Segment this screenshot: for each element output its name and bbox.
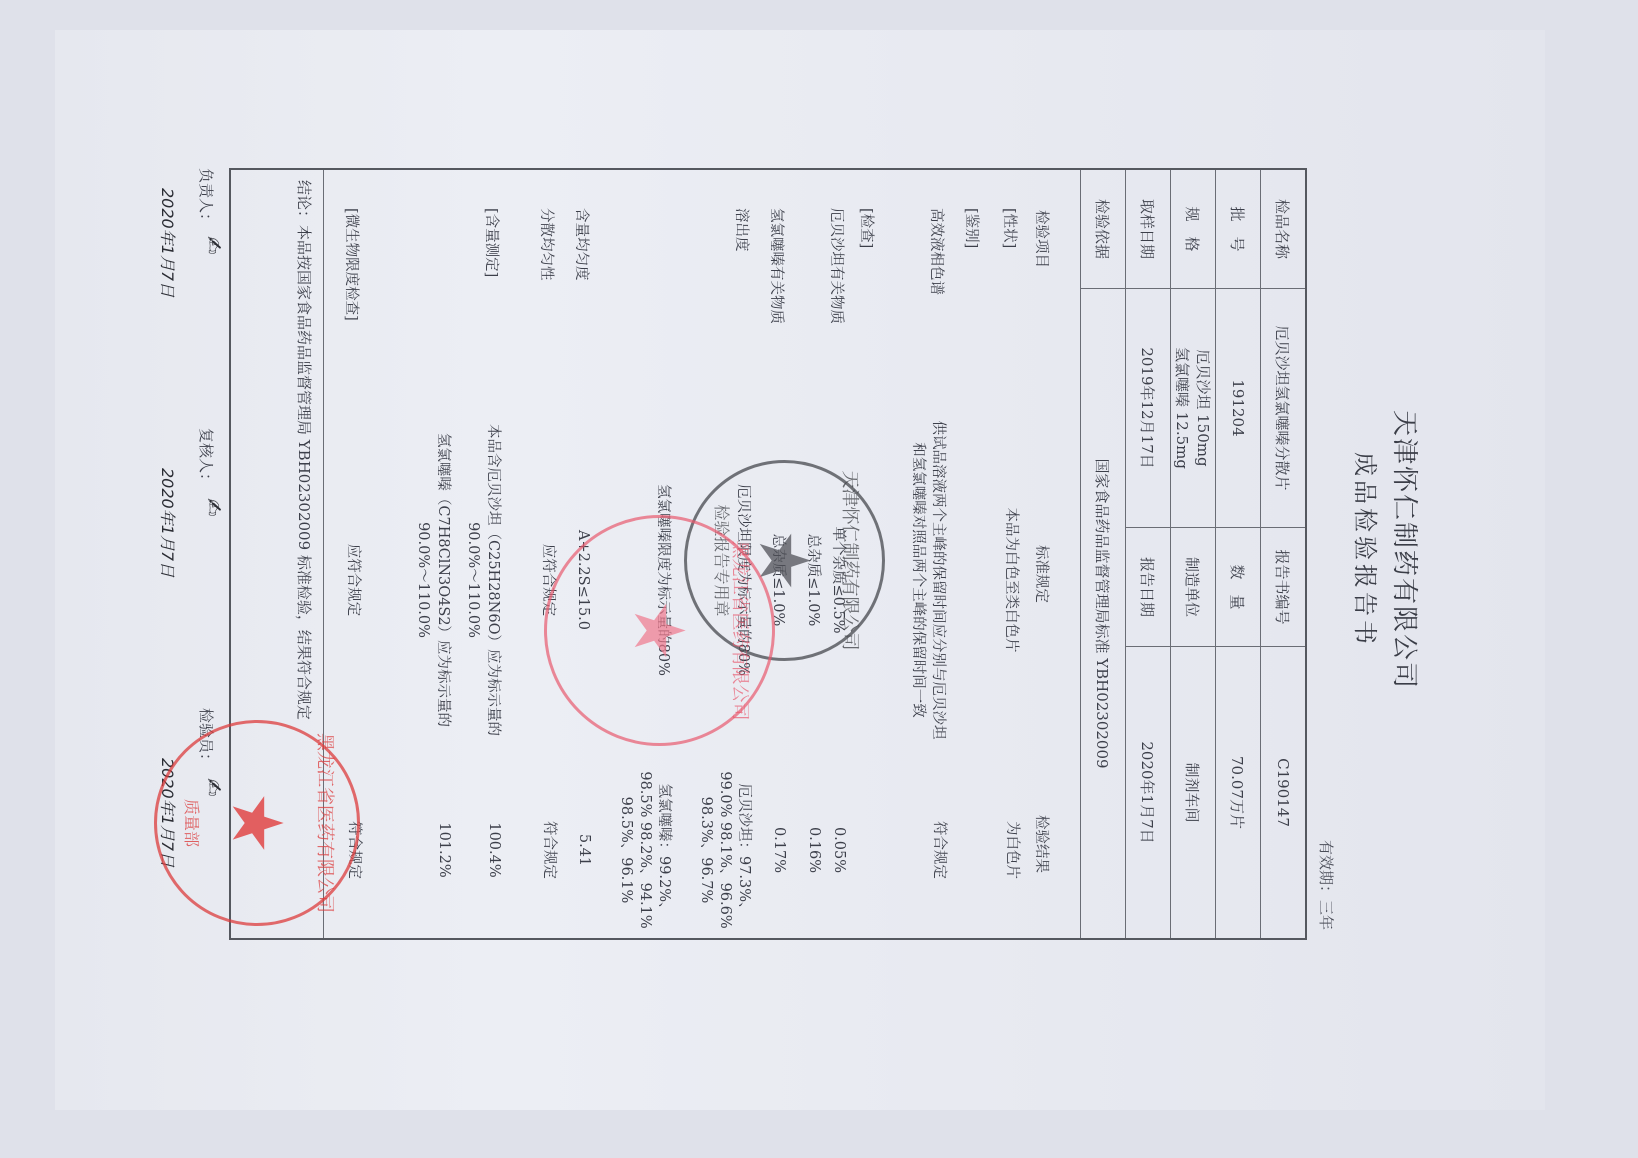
spec: 厄贝沙坦 150mg 氢氯噻嗪 12.5mg	[1171, 289, 1216, 528]
quantity: 70.07万片	[1216, 647, 1261, 939]
inspector-label: 检验员：	[196, 708, 217, 768]
report-date-label: 报告日期	[1126, 528, 1171, 647]
row-item: 高效液相色谱	[927, 208, 948, 295]
manufacturer: 制剂车间	[1171, 647, 1216, 939]
row-item: [鉴别]	[962, 208, 983, 248]
row-standard: 厄贝沙坦限度为标示量的80%	[733, 415, 753, 745]
report-no-label: 报告书编号	[1261, 528, 1306, 647]
row-standard: 供试品溶液两个主峰的保留时间应分别与厄贝沙坦和氢氯噻嗪对照品两个主峰的保留时间一…	[908, 415, 948, 745]
report-date: 2020年1月7日	[1126, 647, 1171, 939]
responsible-label: 负责人：	[196, 168, 217, 228]
product-name: 厄贝沙坦氢氯噻嗪分散片	[1261, 289, 1306, 528]
inspection-basis: 国家食品药品监督管理局标准 YBH02302009	[1081, 289, 1126, 939]
inspector-date: 2020年1月7日	[157, 758, 180, 867]
row-result: 0.17%	[769, 770, 788, 930]
sampling-date: 2019年12月17日	[1126, 289, 1171, 528]
row-item: 分散均匀性	[537, 208, 558, 281]
reviewer-date: 2020年1月7日	[157, 468, 180, 577]
basis-label: 检验依据	[1081, 170, 1126, 289]
row-standard: 氢氯噻嗪（C7H8ClN3O4S2）应为标示量的90.0%～110.0%	[413, 415, 453, 745]
row-item: 厄贝沙坦有关物质	[827, 208, 848, 324]
signature-area: 负责人： ✍ 2020年1月7日 复核人： ✍ 2020年1月7日 检验员： ✍…	[115, 168, 225, 940]
row-standard: 总杂质≤1.0%	[768, 415, 788, 745]
validity-period: 有效期：三年	[1316, 840, 1337, 930]
row-result: 100.4%	[484, 770, 503, 930]
row-result: 5.41	[574, 770, 593, 930]
row-result: 符合规定	[344, 770, 363, 930]
row-item: [性状]	[1000, 208, 1021, 248]
responsible-signature: ✍	[200, 236, 225, 254]
row-result: 符合规定	[929, 770, 948, 930]
spec-line-1: 厄贝沙坦 150mg	[1193, 293, 1214, 523]
col-standard-header: 标准规定	[1032, 545, 1053, 603]
col-result-header: 检验结果	[1032, 815, 1053, 873]
spec-label: 规 格	[1171, 170, 1216, 289]
row-standard: A+2.2S≤15.0	[573, 415, 593, 745]
row-standard: 本品含厄贝沙坦（C25H28N6O）应为标示量的90.0%～110.0%	[463, 415, 503, 745]
reviewer-label: 复核人：	[196, 428, 217, 488]
row-result: 0.05%	[829, 770, 848, 930]
row-item: 含量均匀度	[572, 208, 593, 281]
row-item: [检查]	[857, 208, 878, 248]
row-standard: 本品为白色至类白色片	[1001, 415, 1021, 745]
conclusion-text: 结论：本品按国家食品药品监督管理局 YBH02302009 标准检验，结果符合规…	[294, 180, 315, 720]
row-item: [微生物限度检查]	[342, 208, 363, 321]
row-result: 101.2%	[434, 770, 453, 930]
row-item: 氢氯噻嗪有关物质	[767, 208, 788, 324]
row-standard: 总杂质≤1.0%	[803, 415, 823, 745]
row-result: 为白色片	[1002, 770, 1021, 930]
row-item: 溶出度	[732, 208, 753, 252]
product-info-table: 检品名称 厄贝沙坦氢氯噻嗪分散片 报告书编号 C190147 批 号 19120…	[1080, 170, 1305, 938]
row-item: [含量测定]	[482, 208, 503, 277]
reviewer-signature: ✍	[200, 498, 225, 516]
batch-label: 批 号	[1216, 170, 1261, 289]
row-result: 厄贝沙坦：97.3%、99.0% 98.1%、96.6% 98.3%、96.7%	[696, 770, 753, 930]
row-result: 0.16%	[804, 770, 823, 930]
report-no: C190147	[1261, 647, 1306, 939]
manufacturer-label: 制造单位	[1171, 528, 1216, 647]
row-standard: 应符合规定	[538, 415, 558, 745]
report-title: 成品检验报告书	[1350, 160, 1385, 940]
col-item-header: 检验项目	[1032, 210, 1053, 268]
inspector-signature: ✍	[200, 778, 225, 796]
responsible-date: 2020年1月7日	[157, 188, 180, 297]
row-standard: 单个杂质≤0.5%	[828, 415, 848, 745]
row-result: 氢氯噻嗪：99.2%、98.5% 98.2%、94.1% 98.5%、96.1%	[616, 770, 673, 930]
sampling-date-label: 取样日期	[1126, 170, 1171, 289]
batch-number: 191204	[1216, 289, 1261, 528]
row-result: 符合规定	[539, 770, 558, 930]
results-column-headers: 检验项目 标准规定 检验结果	[1033, 170, 1053, 938]
product-name-label: 检品名称	[1261, 170, 1306, 289]
spec-line-2: 氢氯噻嗪 12.5mg	[1172, 293, 1193, 523]
company-name: 天津怀仁制药有限公司	[1388, 160, 1425, 940]
inspection-report-page: 天津怀仁制药有限公司 成品检验报告书 有效期：三年 检品名称 厄贝沙坦氢氯噻嗪分…	[105, 160, 1425, 940]
conclusion-box: 结论：本品按国家食品药品监督管理局 YBH02302009 标准检验，结果符合规…	[231, 170, 324, 938]
row-standard: 应符合规定	[343, 415, 363, 745]
quantity-label: 数 量	[1216, 528, 1261, 647]
report-table: 检品名称 厄贝沙坦氢氯噻嗪分散片 报告书编号 C190147 批 号 19120…	[229, 168, 1307, 940]
row-standard: 氢氯噻嗪限度为标示量的80%	[653, 415, 673, 745]
test-results-area: 检验项目 标准规定 检验结果 [性状]本品为白色至类白色片为白色片[鉴别]高效液…	[323, 170, 1063, 938]
